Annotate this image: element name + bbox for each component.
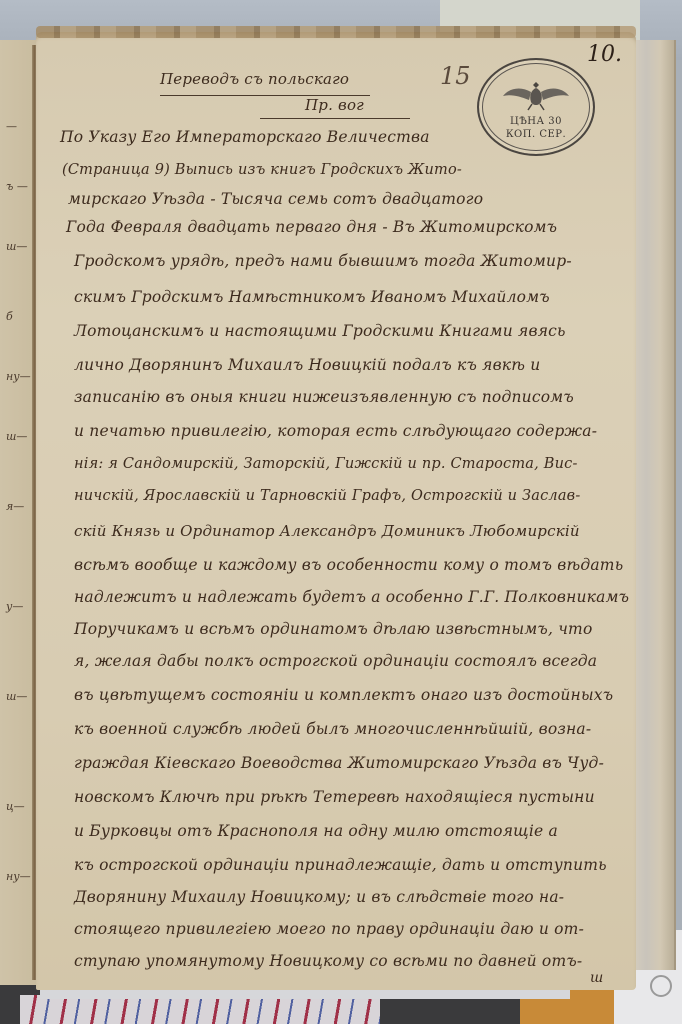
body-line: Поручикамъ и всѣмъ ординатомъ дѣлаю извѣ… (74, 620, 592, 638)
body-line: По Указу Его Императорскаго Величества (60, 128, 430, 146)
body-line: Лотоцанскимъ и настоящими Гродскими Книг… (74, 322, 566, 340)
body-line: скій Князь и Ординатор Александръ Домини… (74, 522, 580, 540)
body-line: я, желая дабы полкъ острогской ординаціи… (74, 652, 597, 670)
archive-number: 15 (440, 62, 471, 90)
body-line: и Бурковцы отъ Краснополя на одну милю о… (74, 822, 558, 840)
left-facing-page: — ъ — ш— б ну— ш— я— у— ш— ц— ну— (0, 40, 36, 985)
body-line: ничскій, Ярославскій и Тарновскій Графъ,… (74, 488, 580, 504)
body-line: лично Дворянинъ Михаилъ Новицкій подалъ … (74, 356, 540, 374)
body-line: нія: я Сандомирскій, Заторскій, Гижскій … (74, 456, 578, 472)
body-line: граждая Кіевскаго Воеводства Житомирскаг… (74, 754, 604, 772)
header-signature: Пр. вог (305, 96, 364, 114)
body-line: въ цвѣтущемъ состояніи и комплектъ онаго… (74, 686, 613, 704)
signature-underline (260, 118, 410, 119)
folio-number: 10. (587, 42, 622, 67)
body-line: записанію въ оныя книги нижеизъявленную … (74, 388, 574, 406)
body-line: надлежитъ и надлежать будетъ а особенно … (74, 588, 629, 606)
body-line: мирскаго Уѣзда - Тысяча семь сотъ двадца… (68, 190, 483, 208)
body-line: къ острогской ординаціи принадлежащіе, д… (74, 856, 607, 874)
tax-stamp: ЦѢНА 30 КОП. СЕР. (477, 58, 595, 156)
body-line: скимъ Гродскимъ Намѣстникомъ Иваномъ Мих… (74, 288, 550, 306)
fabric-cloth (20, 995, 380, 1024)
stamp-price-line1: ЦѢНА 30 (479, 116, 593, 127)
body-line: ступаю упомянутому Новицкому со всѣми по… (74, 952, 582, 970)
header-title: Переводъ съ польскаго (160, 70, 349, 88)
catchword: ш (590, 970, 603, 986)
body-line: стоящего привилегіею моего по праву орди… (74, 920, 584, 938)
body-line: къ военной службѣ людей былъ многочислен… (74, 720, 591, 738)
torn-top-edge (36, 26, 636, 38)
holder-ring-icon (650, 975, 672, 997)
body-line: Дворянину Михаилу Новицкому; и въ слѣдст… (74, 888, 564, 906)
body-line: новскомъ Ключѣ при рѣкѣ Тетеревѣ находящ… (74, 788, 595, 806)
body-line: всѣмъ вообще и каждому въ особенности ко… (74, 556, 623, 574)
stamp-price-line2: КОП. СЕР. (479, 129, 593, 140)
body-line: Года Февраля двадцать перваго дня - Въ Ж… (66, 218, 557, 236)
body-line: (Страница 9) Выпись изъ книгъ Гродскихъ … (62, 162, 462, 178)
body-line: Гродскомъ урядѣ, предъ нами бывшимъ тогд… (74, 252, 572, 270)
double-headed-eagle-icon (501, 78, 571, 112)
body-line: и печатью привилегію, которая есть слѣду… (74, 422, 597, 440)
